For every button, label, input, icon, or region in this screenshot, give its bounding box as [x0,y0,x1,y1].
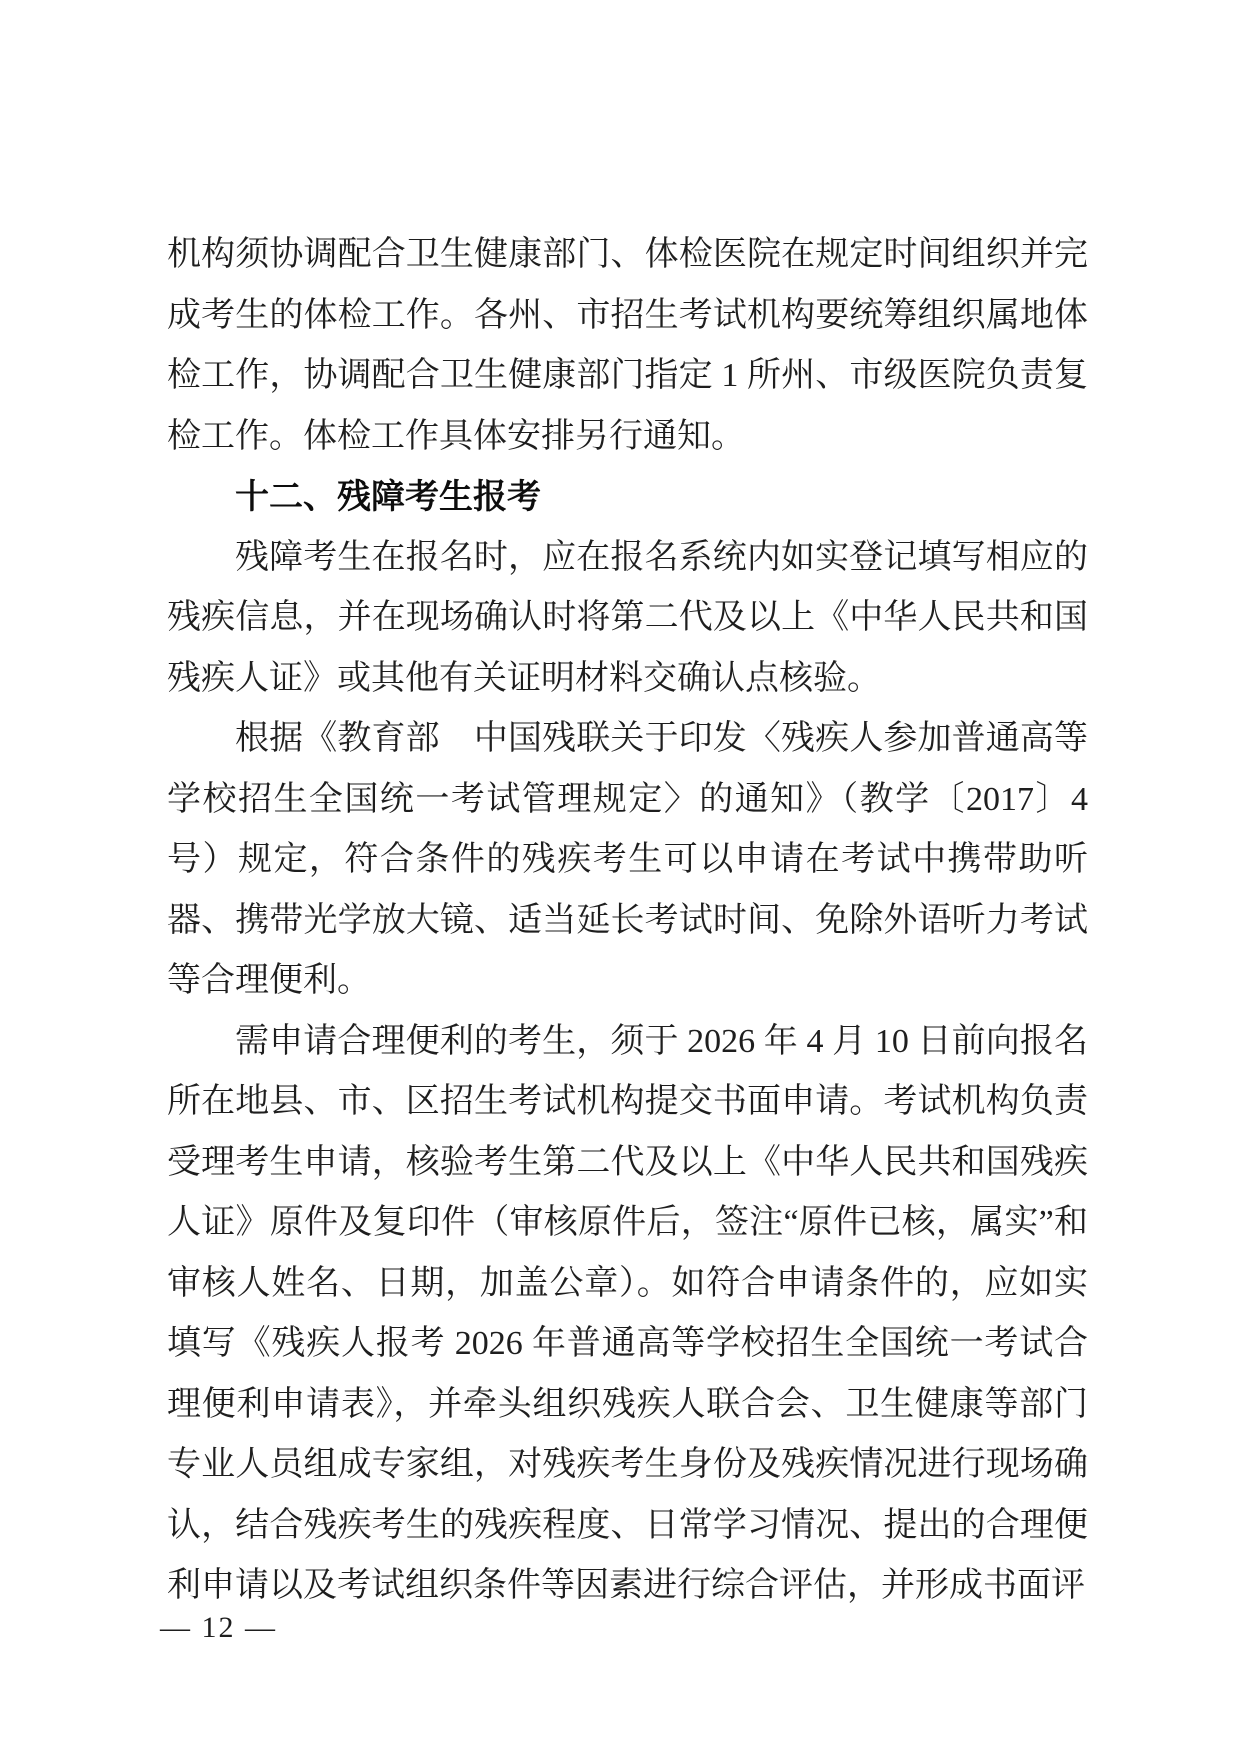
paragraph: 残障考生在报名时，应在报名系统内如实登记填写相应的残疾信息，并在现场确认时将第二… [167,528,1088,710]
section-heading: 十二、残障考生报考 [167,467,1088,528]
continued-paragraph: 机构须协调配合卫生健康部门、体检医院在规定时间组织并完成考生的体检工作。各州、市… [167,225,1088,467]
document-body: 机构须协调配合卫生健康部门、体检医院在规定时间组织并完成考生的体检工作。各州、市… [167,225,1088,1617]
paragraph: 根据《教育部 中国残联关于印发〈残疾人参加普通高等学校招生全国统一考试管理规定〉… [167,709,1088,1012]
paragraph: 需申请合理便利的考生，须于 2026 年 4 月 10 日前向报名所在地县、市、… [167,1012,1088,1617]
page-number: — 12 — [160,1608,277,1648]
document-page: 机构须协调配合卫生健康部门、体检医院在规定时间组织并完成考生的体检工作。各州、市… [0,0,1240,1753]
